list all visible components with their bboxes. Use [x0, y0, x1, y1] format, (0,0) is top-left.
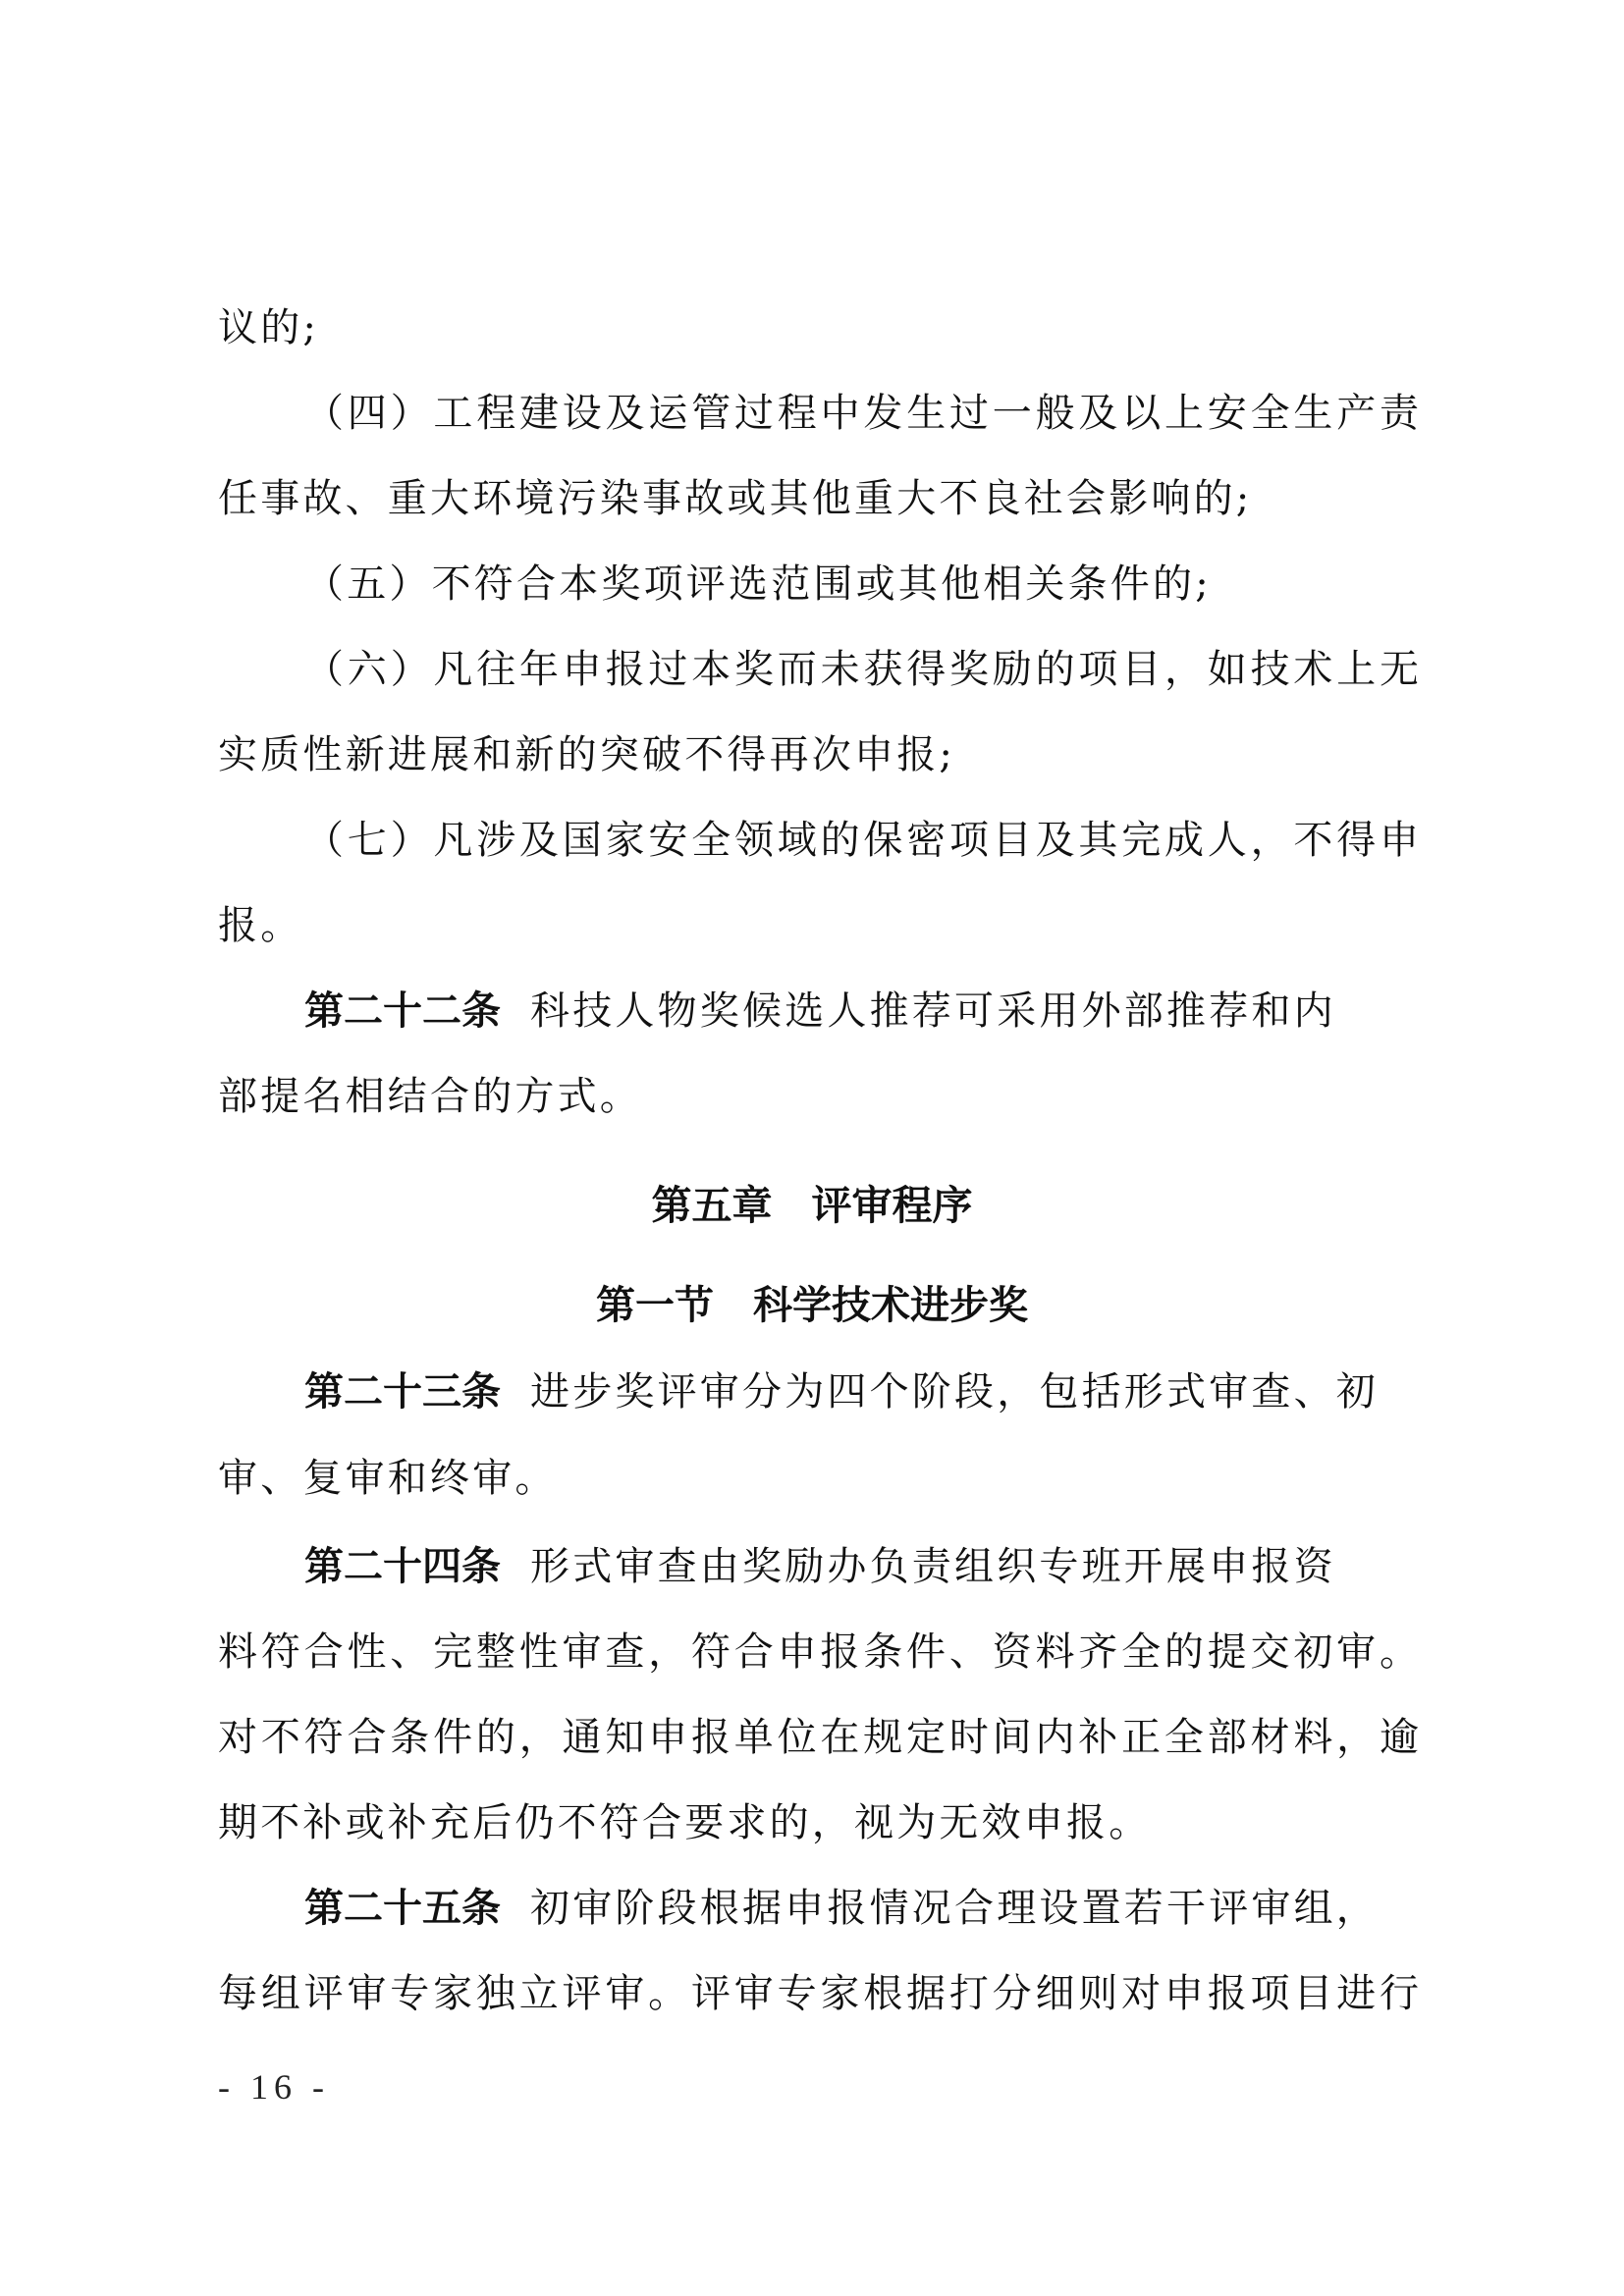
article-23-line-1: 第二十三条进步奖评审分为四个阶段，包括形式审查、初 — [218, 1368, 1419, 1415]
article-text: 科技人物奖候选人推荐可采用外部推荐和内 — [530, 988, 1336, 1034]
article-24-line-3: 对不符合条件的，通知申报单位在规定时间内补正全部材料，逾 — [218, 1714, 1419, 1761]
article-22-line-1: 第二十二条科技人物奖候选人推荐可采用外部推荐和内 — [218, 988, 1419, 1035]
text-line: 议的; — [218, 304, 1419, 351]
section-number: 第一节 — [596, 1282, 714, 1328]
article-label: 第二十二条 — [304, 988, 501, 1034]
article-25-line-1: 第二十五条初审阶段根据申报情况合理设置若干评审组， — [218, 1885, 1419, 1932]
section-title: 科学技术进步奖 — [753, 1282, 1028, 1328]
article-25-line-2: 每组评审专家独立评审。评审专家根据打分细则对申报项目进行 — [218, 1970, 1419, 2017]
article-text: 初审阶段根据申报情况合理设置若干评审组， — [530, 1886, 1379, 1931]
section-heading: 第一节科学技术进步奖 — [0, 1281, 1624, 1330]
text-line-item-7-start: （七）凡涉及国家安全领域的保密项目及其完成人，不得申 — [218, 817, 1419, 864]
text-line: 实质性新进展和新的突破不得再次申报; — [218, 731, 1419, 778]
text-line-item-5: （五）不符合本奖项评选范围或其他相关条件的; — [218, 561, 1419, 608]
text-line-item-6-start: （六）凡往年申报过本奖而未获得奖励的项目，如技术上无 — [218, 646, 1419, 693]
chapter-title: 评审程序 — [812, 1182, 973, 1229]
page-number: - 16 - — [218, 2065, 330, 2109]
text-line: 任事故、重大环境污染事故或其他重大不良社会影响的; — [218, 475, 1419, 522]
text-line: 报。 — [218, 902, 1419, 949]
article-label: 第二十三条 — [304, 1369, 501, 1415]
article-24-line-4: 期不补或补充后仍不符合要求的，视为无效申报。 — [218, 1799, 1419, 1846]
article-24-line-1: 第二十四条形式审查由奖励办负责组织专班开展申报资 — [218, 1543, 1419, 1590]
article-label: 第二十四条 — [304, 1544, 501, 1589]
article-24-line-2: 料符合性、完整性审查，符合申报条件、资料齐全的提交初审。 — [218, 1629, 1419, 1676]
chapter-number: 第五章 — [652, 1182, 773, 1229]
article-label: 第二十五条 — [304, 1886, 501, 1931]
article-23-line-2: 审、复审和终审。 — [218, 1455, 1419, 1502]
article-text: 形式审查由奖励办负责组织专班开展申报资 — [530, 1544, 1336, 1589]
article-text: 进步奖评审分为四个阶段，包括形式审查、初 — [530, 1369, 1379, 1415]
document-page: 议的; （四）工程建设及运管过程中发生过一般及以上安全生产责 任事故、重大环境污… — [0, 0, 1624, 2296]
chapter-heading: 第五章评审程序 — [0, 1181, 1624, 1230]
text-line-item-4-start: （四）工程建设及运管过程中发生过一般及以上安全生产责 — [218, 390, 1419, 437]
article-22-line-2: 部提名相结合的方式。 — [218, 1073, 1419, 1120]
